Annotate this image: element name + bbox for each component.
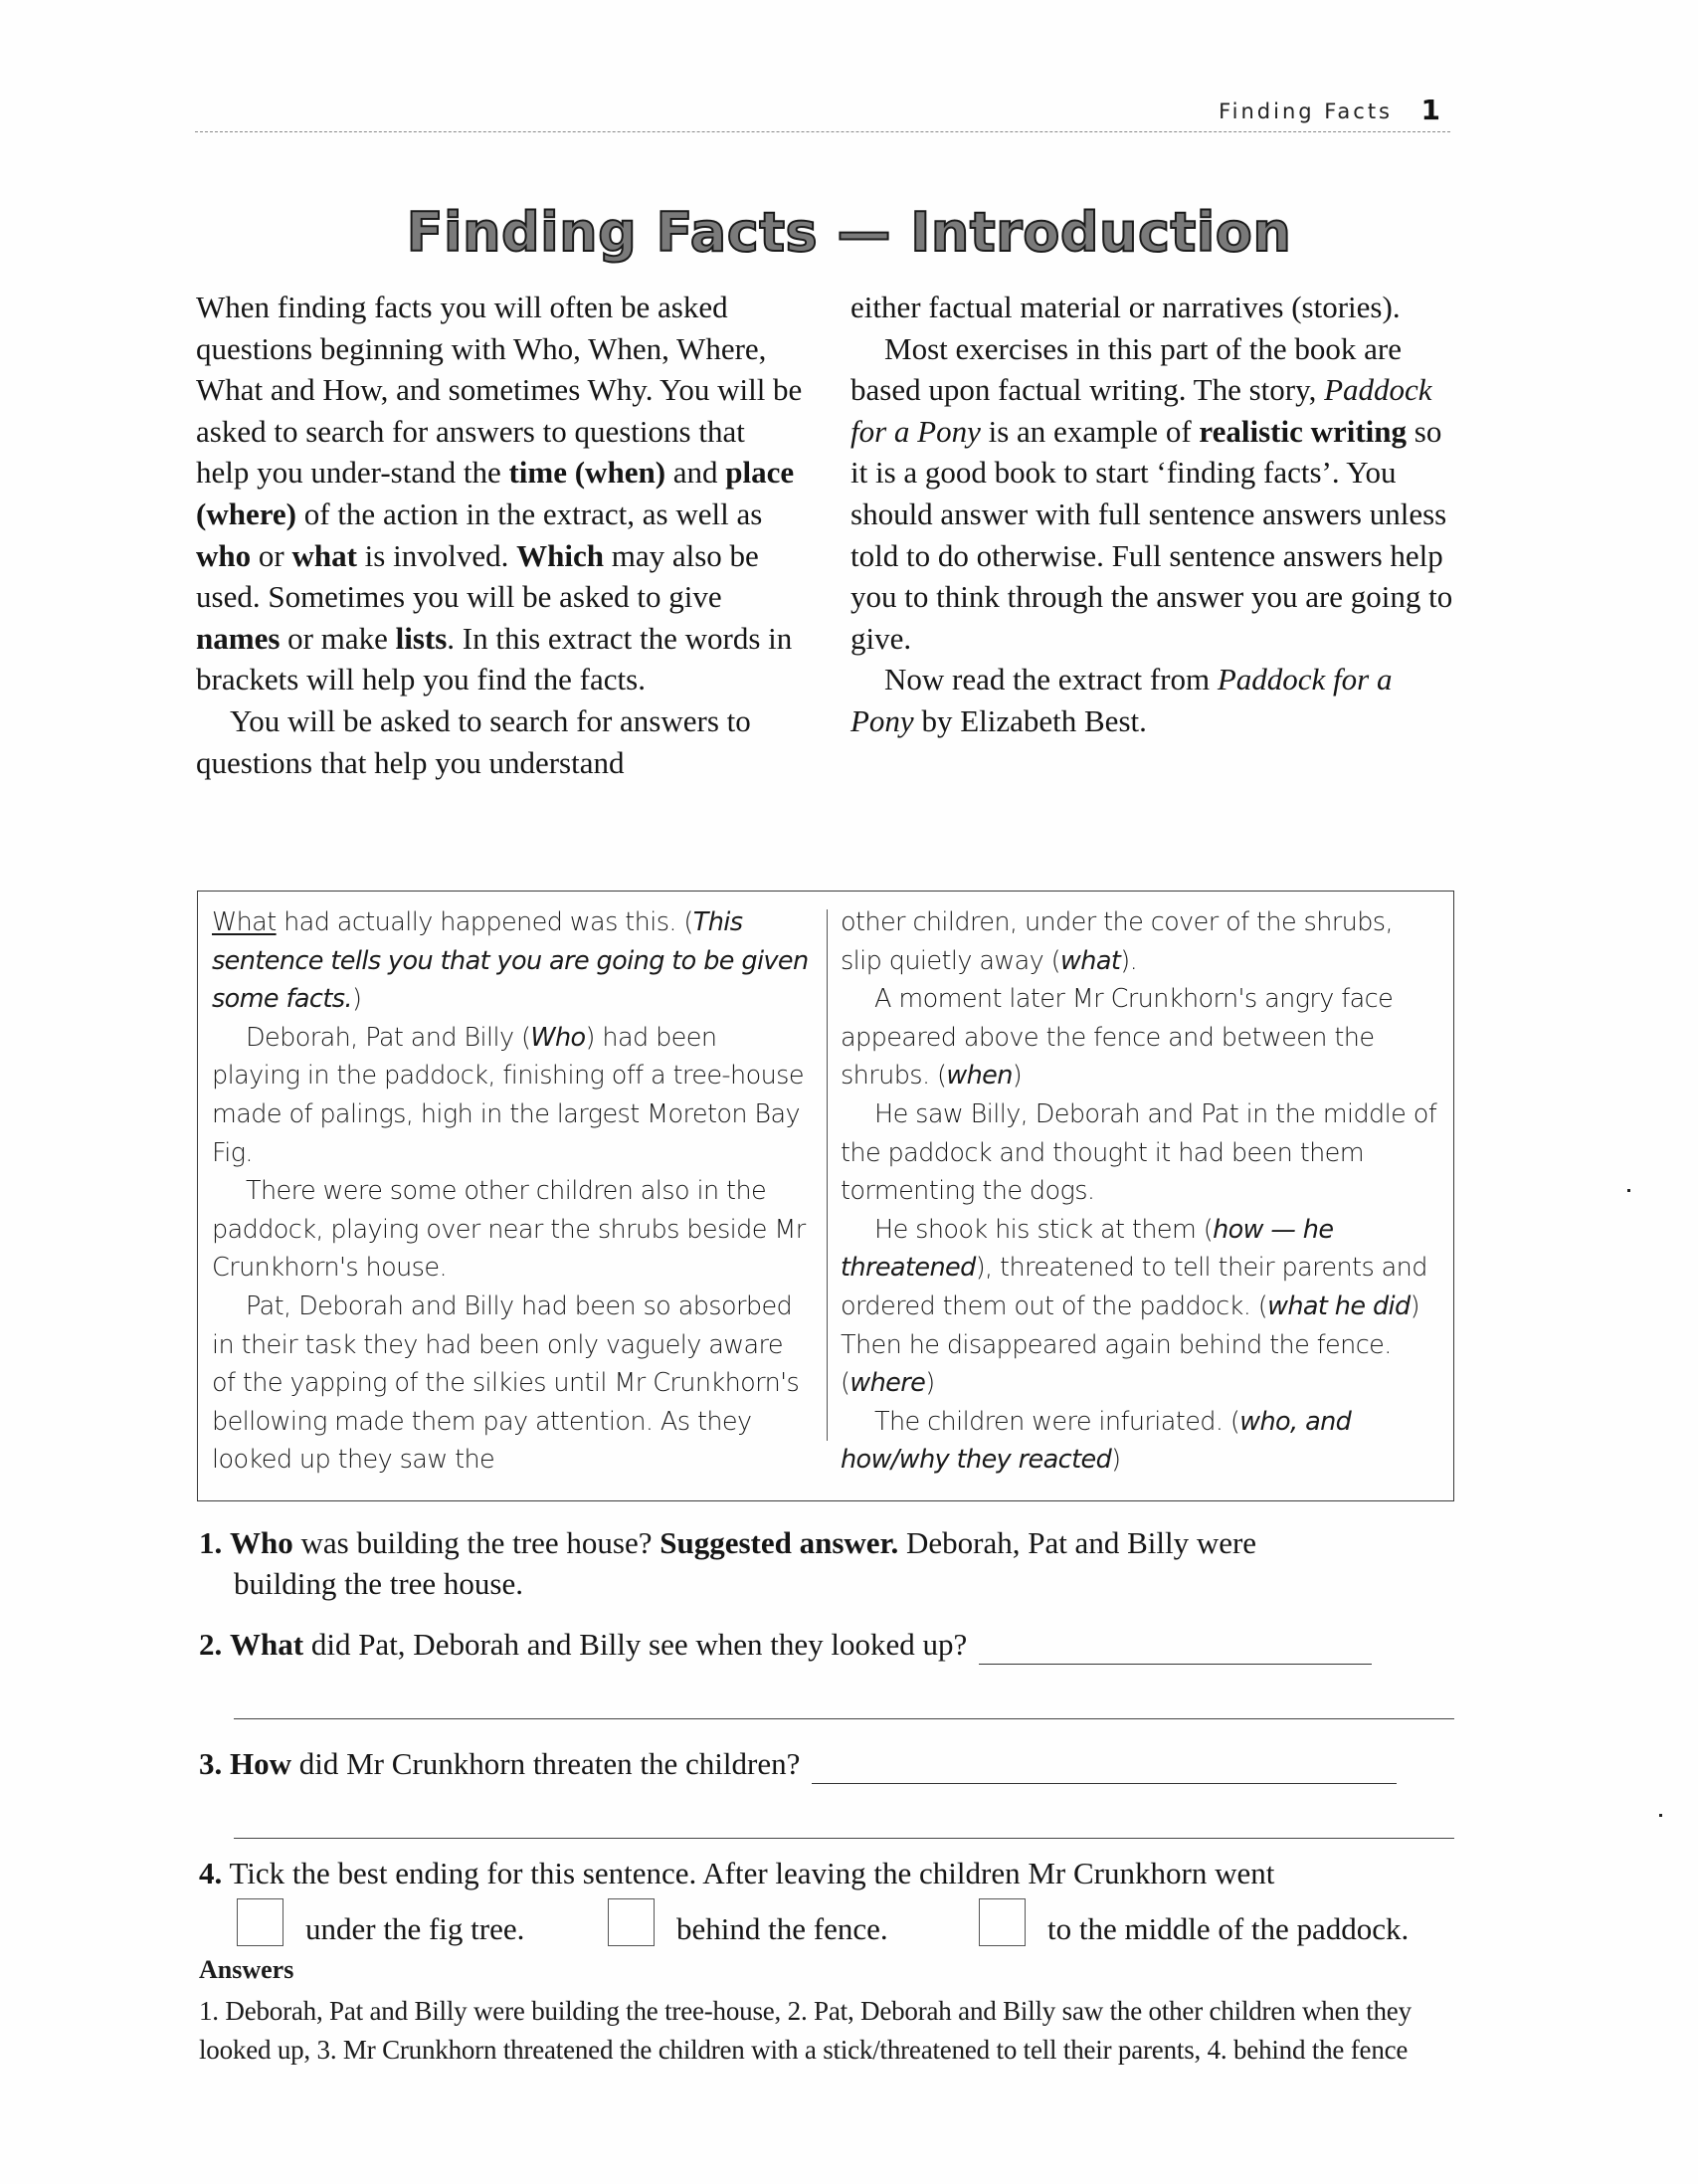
answer-line-2-full[interactable] (234, 1718, 1454, 1719)
answers-heading: Answers (199, 1955, 293, 1985)
extract-column-left: What had actually happened was this. (Th… (212, 903, 809, 1480)
emphasis-what: what (291, 538, 356, 573)
running-header-section: Finding Facts (1219, 99, 1393, 123)
emphasis-realistic-writing: realistic writing (1199, 414, 1407, 449)
scan-speck (1627, 1189, 1630, 1192)
annotation: Who (530, 1023, 585, 1053)
extract-column-right: other children, under the cover of the s… (841, 903, 1437, 1480)
checkbox[interactable] (979, 1898, 1026, 1946)
emphasis-time: time (when) (508, 455, 665, 490)
choice-behind-fence[interactable]: behind the fence. (608, 1898, 888, 1946)
choice-middle-of-paddock[interactable]: to the middle of the paddock. (979, 1898, 1409, 1946)
question-keyword: Who (230, 1525, 293, 1560)
text-run: or (251, 538, 291, 573)
page-title: Finding Facts — Introduction (0, 201, 1698, 264)
tick-choices: under the fig tree. behind the fence. to… (237, 1898, 1470, 1948)
question-keyword: How (230, 1746, 291, 1781)
answer-line-3-inline[interactable] (812, 1753, 1397, 1784)
suggested-answer-label: Suggested answer. (660, 1525, 898, 1560)
intro-paragraph: You will be asked to search for answers … (196, 700, 803, 783)
text-run: and (665, 455, 725, 490)
checkbox[interactable] (237, 1898, 283, 1946)
question-text: was building the tree house? (293, 1525, 660, 1560)
question-text: did Pat, Deborah and Billy see when they… (303, 1627, 967, 1662)
text-run: The children were infuriated. ( (874, 1407, 1239, 1437)
question-number: 3. (199, 1746, 222, 1781)
suggested-answer-text: Deborah, Pat and Billy were (898, 1525, 1256, 1560)
text-run: A moment later Mr Crunkhorn's angry face… (841, 984, 1393, 1091)
emphasis-names: names (196, 621, 280, 656)
text-run: or make (280, 621, 395, 656)
extract-paragraph: Pat, Deborah and Billy had been so absor… (212, 1288, 809, 1480)
annotation: where (849, 1368, 925, 1398)
emphasis-lists: lists (396, 621, 448, 656)
extract-paragraph: He shook his stick at them (how — he thr… (841, 1211, 1437, 1403)
question-number: 2. (199, 1627, 222, 1662)
running-header: Finding Facts 1 (195, 96, 1450, 132)
text-run: is involved. (357, 538, 516, 573)
text-run: ). (1120, 946, 1137, 976)
underlined-what: What (212, 907, 277, 937)
question-3: 3. How did Mr Crunkhorn threaten the chi… (199, 1743, 1454, 1784)
text-run: He shook his stick at them ( (874, 1215, 1213, 1245)
choice-label: under the fig tree. (305, 1912, 524, 1946)
answers-text: 1. Deborah, Pat and Billy were building … (199, 1992, 1452, 2070)
text-run: Most exercises in this part of the book … (850, 331, 1402, 408)
extract-paragraph: other children, under the cover of the s… (841, 903, 1437, 980)
text-run: Deborah, Pat and Billy ( (246, 1023, 530, 1053)
intro-paragraph: Now read the extract from Paddock for a … (850, 659, 1457, 741)
question-number: 4. (199, 1856, 222, 1890)
emphasis-which: Which (516, 538, 604, 573)
scan-speck (1659, 1814, 1662, 1817)
intro-paragraph: When finding facts you will often be ask… (196, 287, 803, 700)
text-run: so it is a good book to start ‘finding f… (850, 414, 1452, 656)
text-run: ) (1013, 1061, 1022, 1091)
choice-under-fig-tree[interactable]: under the fig tree. (237, 1898, 524, 1946)
text-run: of the action in the extract, as well as (296, 496, 762, 531)
extract-box: What had actually happened was this. (Th… (197, 891, 1454, 1501)
suggested-answer-continuation: building the tree house. (199, 1563, 1454, 1604)
text-run: ) (925, 1368, 934, 1398)
extract-paragraph: There were some other children also in t… (212, 1172, 809, 1288)
question-2: 2. What did Pat, Deborah and Billy see w… (199, 1624, 1454, 1665)
checkbox[interactable] (608, 1898, 655, 1946)
extract-paragraph: A moment later Mr Crunkhorn's angry face… (841, 980, 1437, 1095)
extract-paragraph: He saw Billy, Deborah and Pat in the mid… (841, 1095, 1437, 1211)
answer-line-3-full[interactable] (234, 1838, 1454, 1839)
emphasis-who: who (196, 538, 251, 573)
extract-paragraph: The children were infuriated. (who, and … (841, 1403, 1437, 1480)
text-run: ) (352, 984, 361, 1014)
annotation: what (1060, 946, 1120, 976)
extract-paragraph: What had actually happened was this. (Th… (212, 903, 809, 1019)
question-text: did Mr Crunkhorn threaten the children? (291, 1746, 800, 1781)
column-divider (827, 909, 828, 1441)
intro-column-right: either factual material or narratives (s… (850, 287, 1457, 742)
answer-line-2-inline[interactable] (979, 1634, 1372, 1665)
choice-label: to the middle of the paddock. (1047, 1912, 1409, 1946)
intro-column-left: When finding facts you will often be ask… (196, 287, 803, 783)
question-text: Tick the best ending for this sentence. … (222, 1856, 1274, 1890)
intro-paragraph: Most exercises in this part of the book … (850, 328, 1457, 660)
intro-paragraph: either factual material or narratives (s… (850, 287, 1457, 328)
text-run: is an example of (981, 414, 1200, 449)
question-4: 4. Tick the best ending for this sentenc… (199, 1853, 1454, 1893)
extract-paragraph: Deborah, Pat and Billy (Who) had been pl… (212, 1019, 809, 1172)
question-1: 1. Who was building the tree house? Sugg… (199, 1522, 1454, 1604)
annotation: what he did (1267, 1291, 1411, 1321)
choice-label: behind the fence. (676, 1912, 888, 1946)
annotation: when (946, 1061, 1012, 1091)
text-run: had actually happened was this. ( (277, 907, 693, 937)
text-run: Now read the extract from (884, 662, 1218, 696)
question-keyword: What (230, 1627, 303, 1662)
question-number: 1. (199, 1525, 222, 1560)
worksheet-page: Finding Facts 1 Finding Facts — Introduc… (0, 0, 1698, 2184)
page-number: 1 (1421, 94, 1440, 126)
text-run: by Elizabeth Best. (914, 703, 1147, 738)
text-run: ) (1111, 1445, 1120, 1475)
